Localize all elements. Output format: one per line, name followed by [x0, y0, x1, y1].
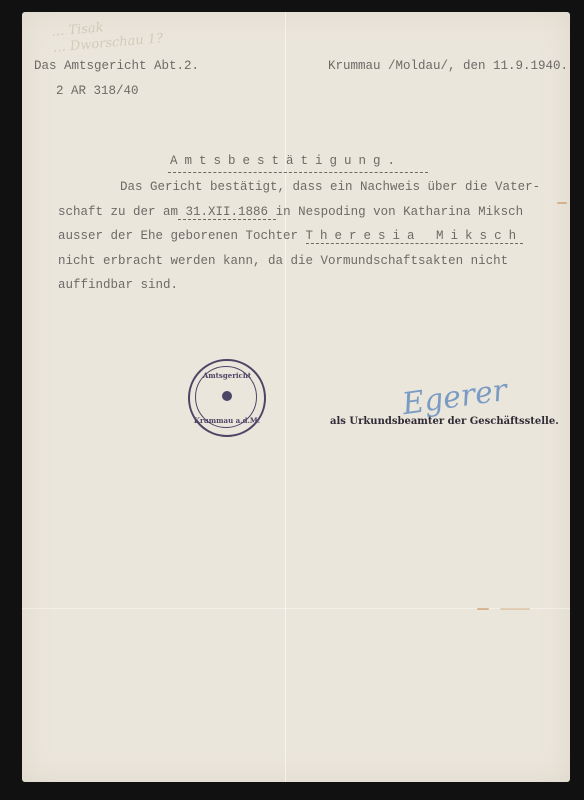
stamp-top-text: Amtsgericht — [190, 371, 264, 380]
body-line-2: schaft zu der am 31.XII.1886 in Nespodin… — [58, 200, 568, 225]
body-line-3: ausser der Ehe geborenen Tochter Theresi… — [58, 224, 568, 249]
rust-stain — [477, 608, 489, 610]
signature-caption: als Urkundsbeamter der Geschäftsstelle. — [330, 416, 559, 427]
reference-number: 2 AR 318/40 — [56, 84, 139, 98]
body-line-1: Das Gericht bestätigt, dass ein Nachweis… — [58, 175, 568, 200]
stamp-emblem-icon — [222, 391, 232, 401]
rust-stain — [557, 202, 567, 204]
body-line-4: nicht erbracht werden kann, da die Vormu… — [58, 249, 568, 274]
fold-line-vertical — [285, 12, 286, 782]
handwritten-signature: Egerer — [400, 373, 509, 422]
stamp-bottom-text: Krummau a.d.M. — [190, 416, 264, 425]
daughter-name: Theresia Miksch — [306, 229, 524, 244]
issuer: Das Amtsgericht Abt.2. — [34, 59, 199, 73]
birth-date: 31.XII.1886 — [178, 205, 276, 220]
body-line-5: auffindbar sind. — [58, 273, 568, 298]
court-stamp: Amtsgericht Krummau a.d.M. — [188, 359, 266, 437]
document-page: … Tisak … Dworschau 1? Das Amtsgericht A… — [22, 12, 570, 782]
body-text: Das Gericht bestätigt, dass ein Nachweis… — [58, 175, 568, 298]
pencil-note: … Tisak … Dworschau 1? — [51, 15, 164, 57]
document-title: Amtsbestätigung. — [170, 154, 402, 168]
rust-stain — [500, 608, 530, 610]
title-underline — [168, 172, 428, 173]
place-date: Krummau /Moldau/, den 11.9.1940. — [328, 59, 568, 73]
